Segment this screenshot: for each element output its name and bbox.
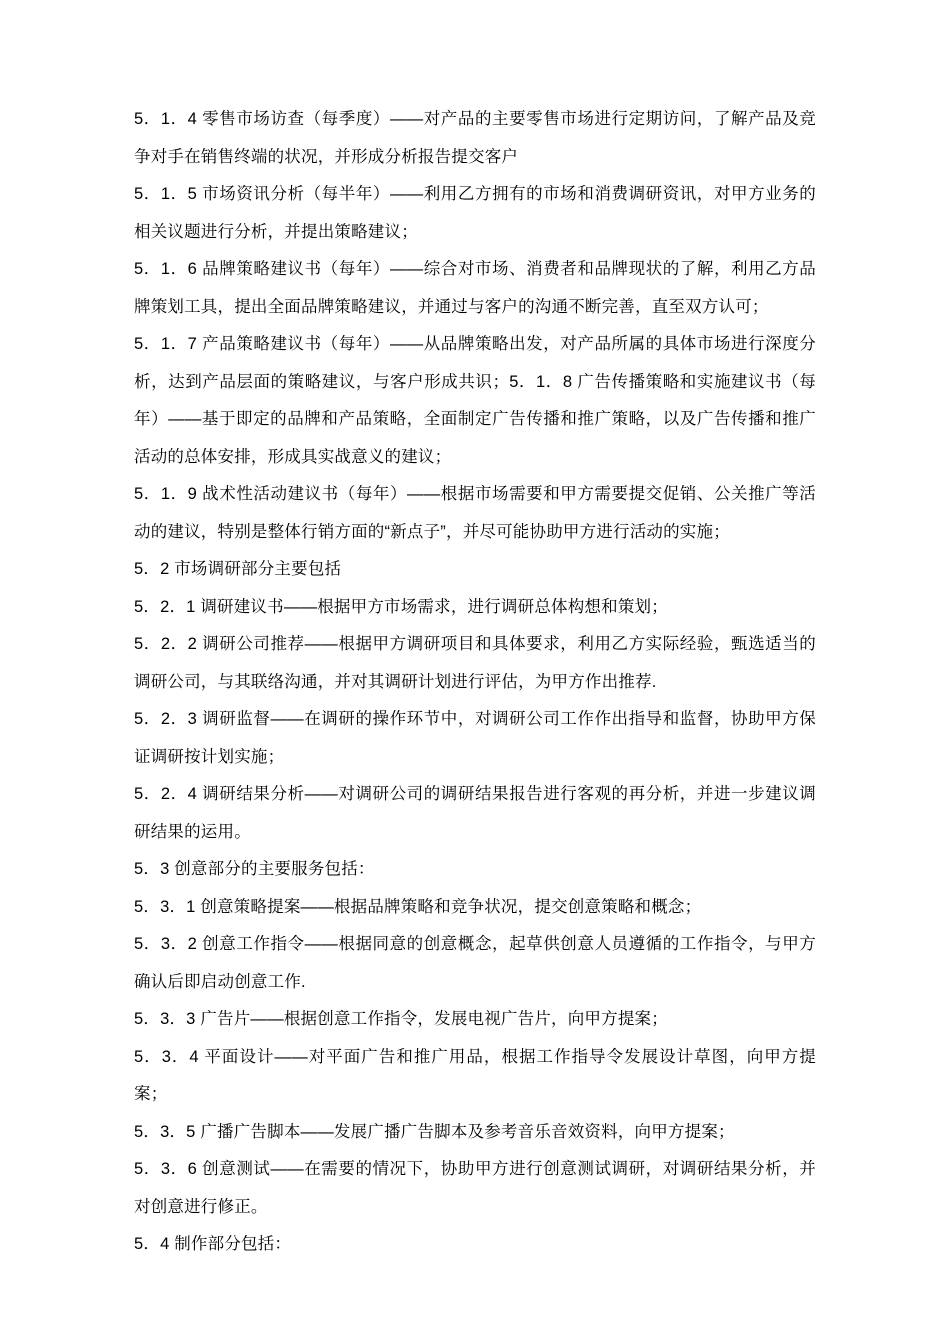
clause-5-1-4: 5．1．4 零售市场访查（每季度）——对产品的主要零售市场进行定期访问，了解产品… xyxy=(134,101,816,176)
clause-5-3-6: 5．3．6 创意测试——在需要的情况下，协助甲方进行创意测试调研，对调研结果分析… xyxy=(134,1151,816,1226)
clause-5-2-2: 5．2．2 调研公司推荐——根据甲方调研项目和具体要求，利用乙方实际经验，甄选适… xyxy=(134,626,816,701)
clause-5-2-4: 5．2．4 调研结果分析——对调研公司的调研结果报告进行客观的再分析，并进一步建… xyxy=(134,776,816,851)
clause-5-1-6: 5．1．6 品牌策略建议书（每年）——综合对市场、消费者和品牌现状的了解，利用乙… xyxy=(134,251,816,326)
clause-5-1-5: 5．1．5 市场资讯分析（每半年）——利用乙方拥有的市场和消费调研资讯，对甲方业… xyxy=(134,176,816,251)
clause-5-2-1: 5．2．1 调研建议书——根据甲方市场需求，进行调研总体构想和策划； xyxy=(134,589,816,627)
clause-5-3-3: 5．3．3 广告片——根据创意工作指令，发展电视广告片，向甲方提案； xyxy=(134,1001,816,1039)
clause-5-3-4: 5．3．4 平面设计——对平面广告和推广用品，根据工作指导令发展设计草图，向甲方… xyxy=(134,1039,816,1114)
clause-5-1-7-and-5-1-8: 5．1．7 产品策略建议书（每年）——从品牌策略出发，对产品所属的具体市场进行深… xyxy=(134,326,816,476)
section-heading-5-4: 5．4 制作部分包括： xyxy=(134,1226,816,1264)
document-page: 5．1．4 零售市场访查（每季度）——对产品的主要零售市场进行定期访问，了解产品… xyxy=(134,101,816,1264)
clause-5-3-1: 5．3．1 创意策略提案——根据品牌策略和竞争状况，提交创意策略和概念； xyxy=(134,889,816,927)
clause-5-3-5: 5．3．5 广播广告脚本——发展广播广告脚本及参考音乐音效资料，向甲方提案； xyxy=(134,1114,816,1152)
clause-5-3-2: 5．3．2 创意工作指令——根据同意的创意概念，起草供创意人员遵循的工作指令，与… xyxy=(134,926,816,1001)
section-heading-5-2: 5．2 市场调研部分主要包括 xyxy=(134,551,816,589)
clause-5-1-9: 5．1．9 战术性活动建议书（每年）——根据市场需要和甲方需要提交促销、公关推广… xyxy=(134,476,816,551)
clause-5-2-3: 5．2．3 调研监督——在调研的操作环节中，对调研公司工作作出指导和监督，协助甲… xyxy=(134,701,816,776)
section-heading-5-3: 5．3 创意部分的主要服务包括： xyxy=(134,851,816,889)
